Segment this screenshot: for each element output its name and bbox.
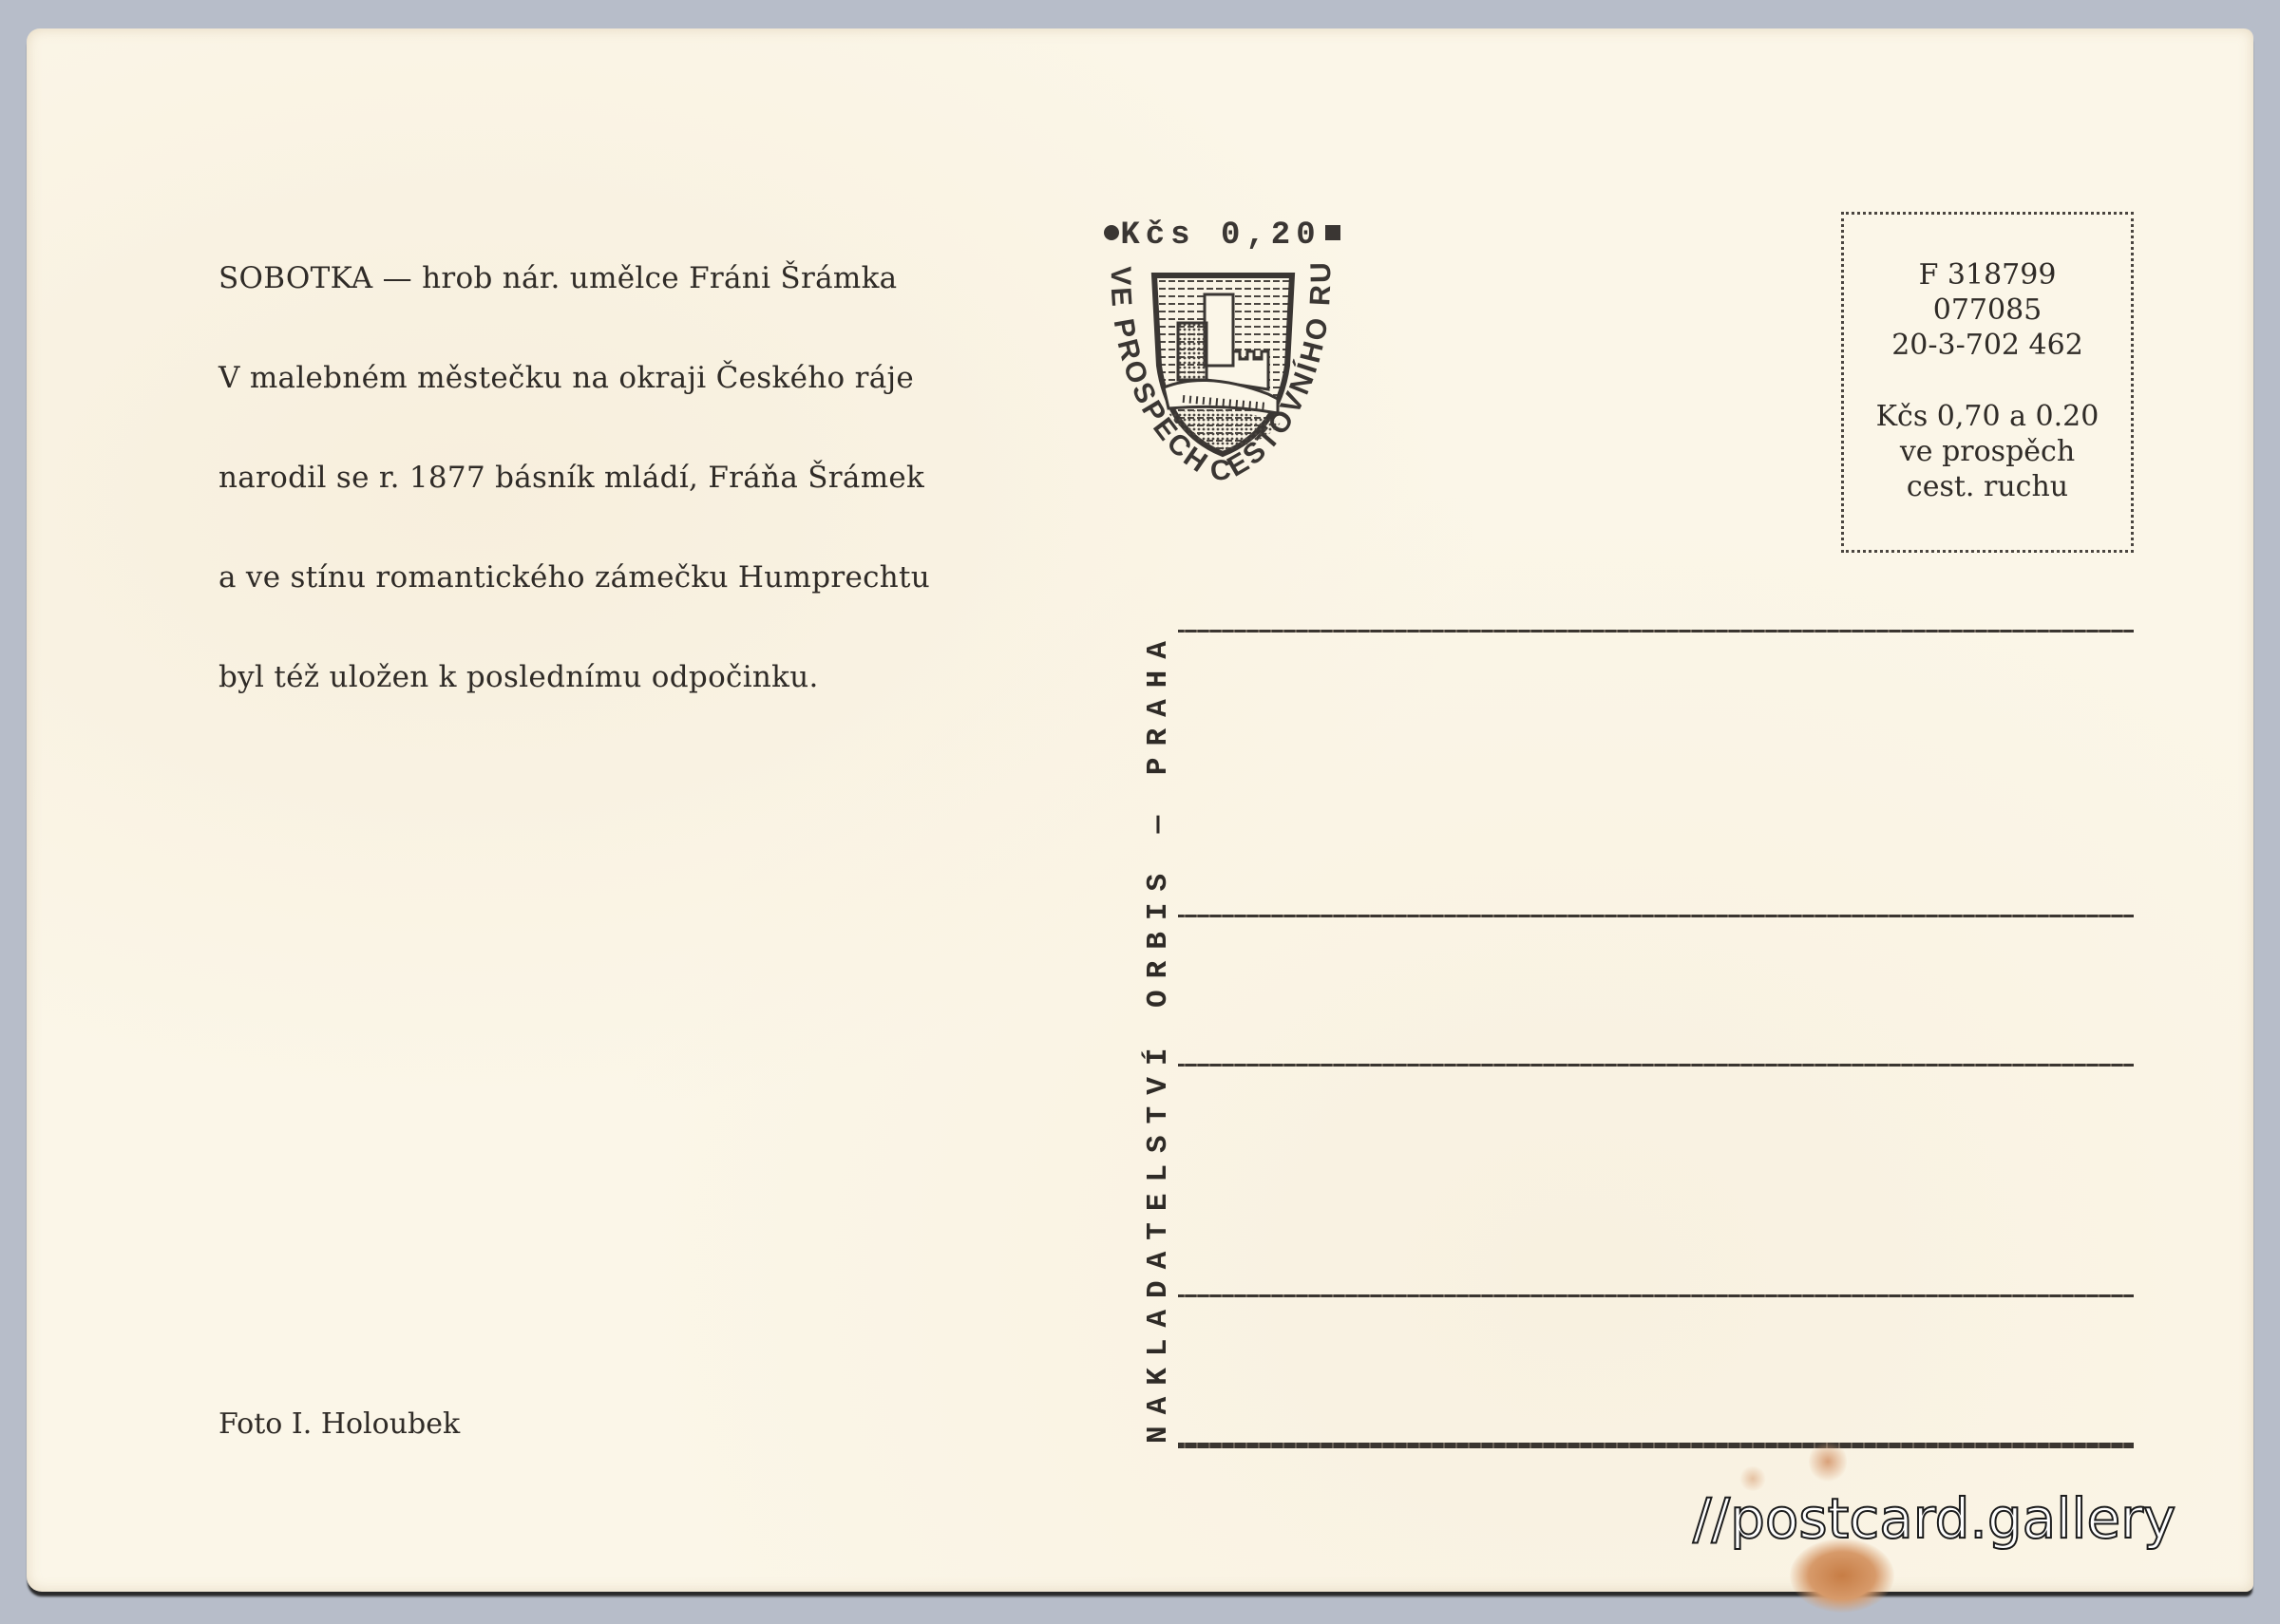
imprint-code: F 318799 bbox=[1844, 257, 2131, 293]
price-line: Kčs 0,70 a 0.20 bbox=[1844, 399, 2131, 434]
svg-text:Kčs 0,20: Kčs 0,20 bbox=[1120, 217, 1320, 254]
photo-credit: Foto I. Holoubek bbox=[218, 1407, 460, 1441]
description-line: V malebném městečku na okraji Českého rá… bbox=[218, 362, 930, 395]
description-line: SOBOTKA — hrob nár. umělce Fráni Šrámka bbox=[218, 262, 930, 295]
description-line: narodil se r. 1877 básník mládí, Fráňa Š… bbox=[218, 462, 930, 495]
description-line: byl též uložen k poslednímu odpočinku. bbox=[218, 661, 930, 694]
stain bbox=[1809, 1440, 1847, 1483]
postcard-description: SOBOTKA — hrob nár. umělce Fráni Šrámka … bbox=[218, 196, 930, 761]
imprint-codes: F 318799 077085 20-3-702 462 bbox=[1844, 257, 2131, 363]
postcard-back: SOBOTKA — hrob nár. umělce Fráni Šrámka … bbox=[27, 28, 2253, 1592]
address-line bbox=[1178, 1064, 2134, 1067]
watermark: //postcard.gallery bbox=[1693, 1486, 2175, 1551]
imprint-code: 077085 bbox=[1844, 293, 2131, 328]
address-line bbox=[1178, 630, 2134, 633]
description-line: a ve stínu romantického zámečku Humprech… bbox=[218, 561, 930, 595]
address-line bbox=[1178, 1294, 2134, 1297]
publisher-imprint: NAKLADATELSTVÍ ORBIS — PRAHA bbox=[1142, 630, 1175, 1444]
address-line bbox=[1178, 915, 2134, 917]
castle-shield-icon: Kčs 0,20 VE PROSPĚCH CESTOVNÍHO RUCHU bbox=[1083, 209, 1358, 494]
price-line: cest. ruchu bbox=[1844, 469, 2131, 504]
imprint-price: Kčs 0,70 a 0.20 ve prospěch cest. ruchu bbox=[1844, 399, 2131, 504]
price-line: ve prospěch bbox=[1844, 434, 2131, 469]
imprint-code: 20-3-702 462 bbox=[1844, 328, 2131, 363]
printed-stamp: Kčs 0,20 VE PROSPĚCH CESTOVNÍHO RUCHU bbox=[1083, 209, 1358, 494]
address-line bbox=[1178, 1443, 2134, 1448]
imprint-box: F 318799 077085 20-3-702 462 Kčs 0,70 a … bbox=[1841, 212, 2134, 553]
